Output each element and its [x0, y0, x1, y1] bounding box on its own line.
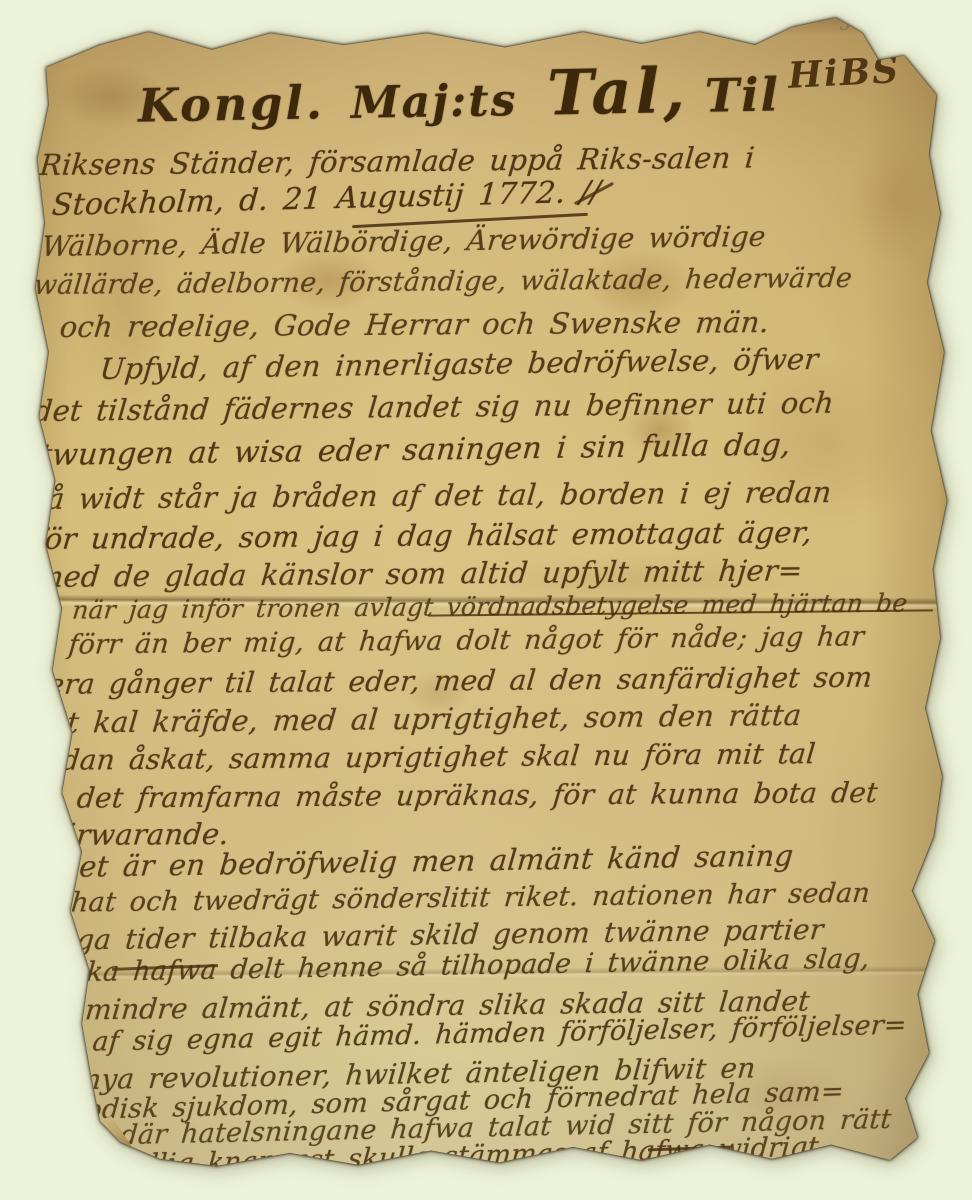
- manuscript-line: Riksens Ständer, församlade uppå Riks-sa…: [38, 140, 756, 182]
- manuscript-line: wällärde, ädelborne, förståndige, wälakt…: [33, 263, 854, 301]
- manuscript-line: det tilstånd fädernes landet sig nu befi…: [32, 386, 835, 428]
- manuscript-line: Wälborne, Ädle Wälbördige, Ärewördige wö…: [40, 220, 767, 263]
- manuscript-line: så widt står ja bråden af det tal, borde…: [30, 475, 833, 516]
- manuscript-line: mit kal kräfde, med al uprigtighet, som …: [28, 698, 803, 740]
- manuscript-line: och redelige, Gode Herrar och Swenske mä…: [58, 305, 771, 344]
- manuscript-line: at hat och twedrägt sönderslitit riket. …: [29, 878, 872, 919]
- paper-wrapper: Kongl.Maj:tsTal,Til HiBS 18119 J 9 Rikse…: [0, 0, 972, 1200]
- pencil-page-number: 9: [927, 2, 940, 24]
- manuscript-line: da när jag inför tronen avlagt vördnadsb…: [27, 588, 909, 625]
- manuscript-line: Upfyld, af den innerligaste bedröfwelse,…: [98, 342, 820, 386]
- manuscript-line: Stockholm, d. 21 Augustij 1772. //: [51, 175, 603, 223]
- title-word-til: Til: [704, 67, 780, 122]
- manuscript-line: med de glada känslor som altid upfylt mi…: [34, 553, 804, 594]
- title-word-majts: Maj:ts: [350, 75, 517, 129]
- manuscript-line: ej förr än ber mig, at hafwa dolt något …: [29, 621, 866, 661]
- manuscript-line: flera gånger til talat eder, med al den …: [26, 661, 873, 701]
- ink-layer: Kongl.Maj:tsTal,Til HiBS 18119 J 9 Rikse…: [0, 0, 972, 1200]
- pencil-inscription: 18119: [61, 27, 121, 55]
- title-word-kongl: Kongl.: [138, 75, 326, 132]
- title-word-tal: Tal,: [547, 54, 690, 129]
- manuscript-line: för undrade, som jag i dag hälsat emotta…: [32, 515, 813, 556]
- manuscript-line: oedan åskat, samma uprigtighet skal nu f…: [26, 737, 817, 777]
- pencil-mark: J: [844, 4, 856, 33]
- archival-shelf-mark: HiBS: [787, 49, 901, 97]
- manuscript-line: då det framfarna måste upräknas, för at …: [26, 776, 879, 815]
- photograph-backdrop: Kongl.Maj:tsTal,Til HiBS 18119 J 9 Rikse…: [0, 0, 972, 1200]
- document-title: Kongl.Maj:tsTal,Til: [137, 52, 780, 136]
- manuscript-page: Kongl.Maj:tsTal,Til HiBS 18119 J 9 Rikse…: [12, 6, 960, 1192]
- manuscript-line: twungen at wisa eder saningen i sin full…: [38, 427, 792, 473]
